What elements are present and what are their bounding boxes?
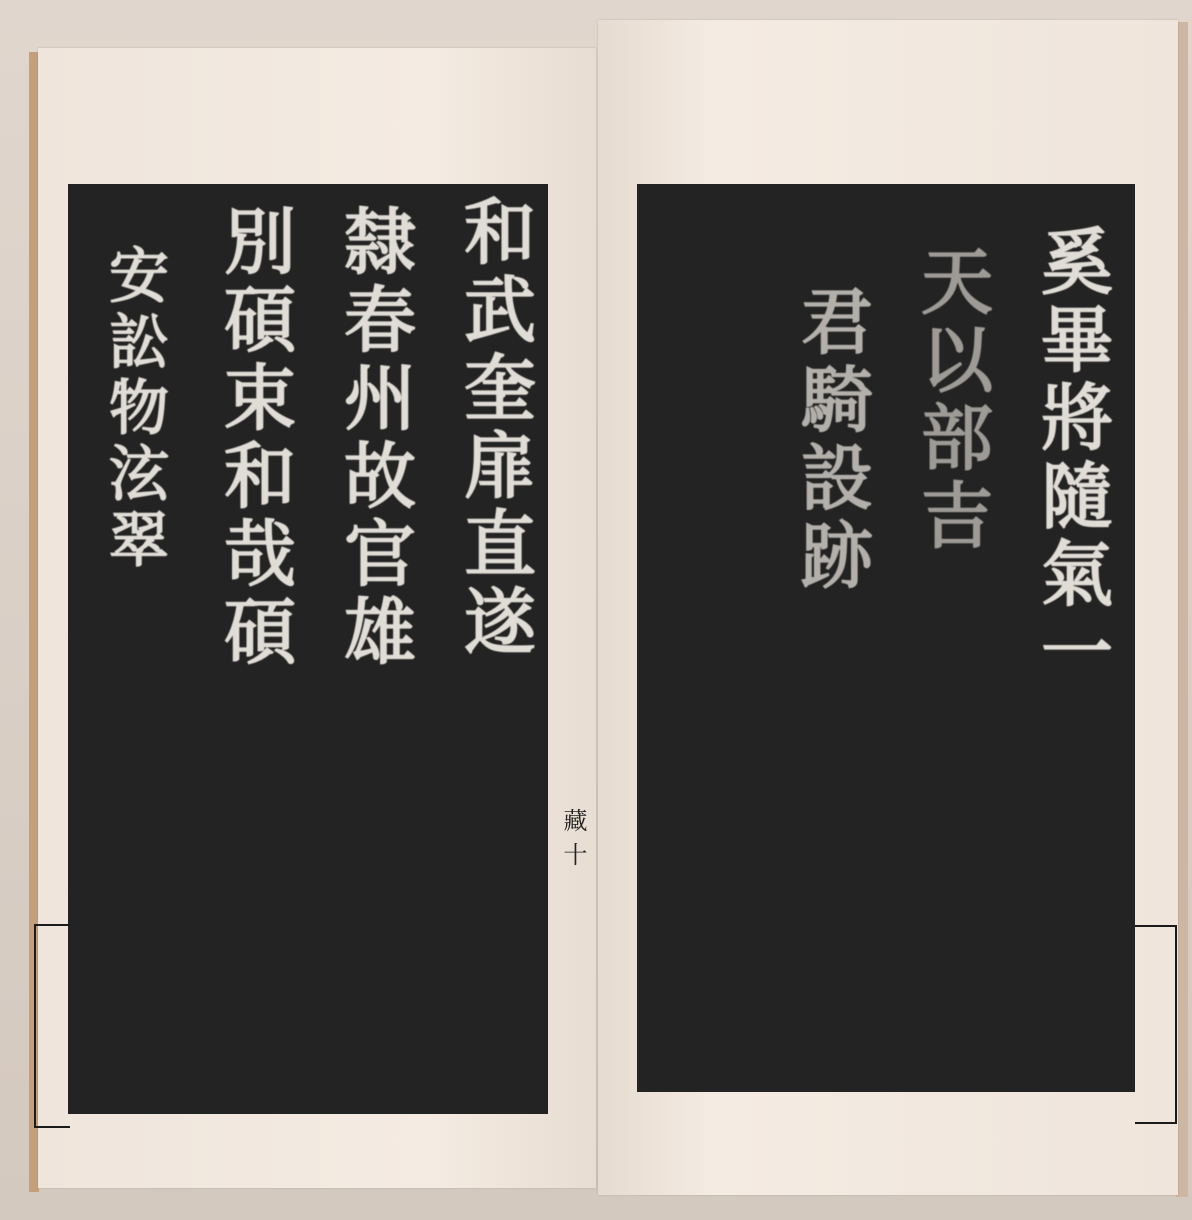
binding-frame-left bbox=[34, 924, 70, 1128]
rubbing-column: 天以部吉 bbox=[907, 244, 995, 556]
rubbing-column: 奚畢將隨氣一 bbox=[1027, 224, 1115, 692]
rubbing-column: 隸春州故官雄 bbox=[330, 204, 418, 672]
rubbing-column: 和武奎扉直遂 bbox=[450, 194, 538, 662]
right-rubbing: 奚畢將隨氣一 天以部吉 君騎設跡 bbox=[637, 184, 1135, 1092]
binding-frame-right bbox=[1135, 925, 1177, 1124]
rubbing-column: 君騎設跡 bbox=[787, 284, 875, 596]
rubbing-column: 別碩束和哉碩 bbox=[210, 204, 298, 672]
left-rubbing: 和武奎扉直遂 隸春州故官雄 別碩束和哉碩 安訟物泫翠 bbox=[68, 184, 548, 1114]
rubbing-column: 安訟物泫翠 bbox=[90, 244, 178, 574]
page-label: 藏十 bbox=[556, 808, 591, 876]
